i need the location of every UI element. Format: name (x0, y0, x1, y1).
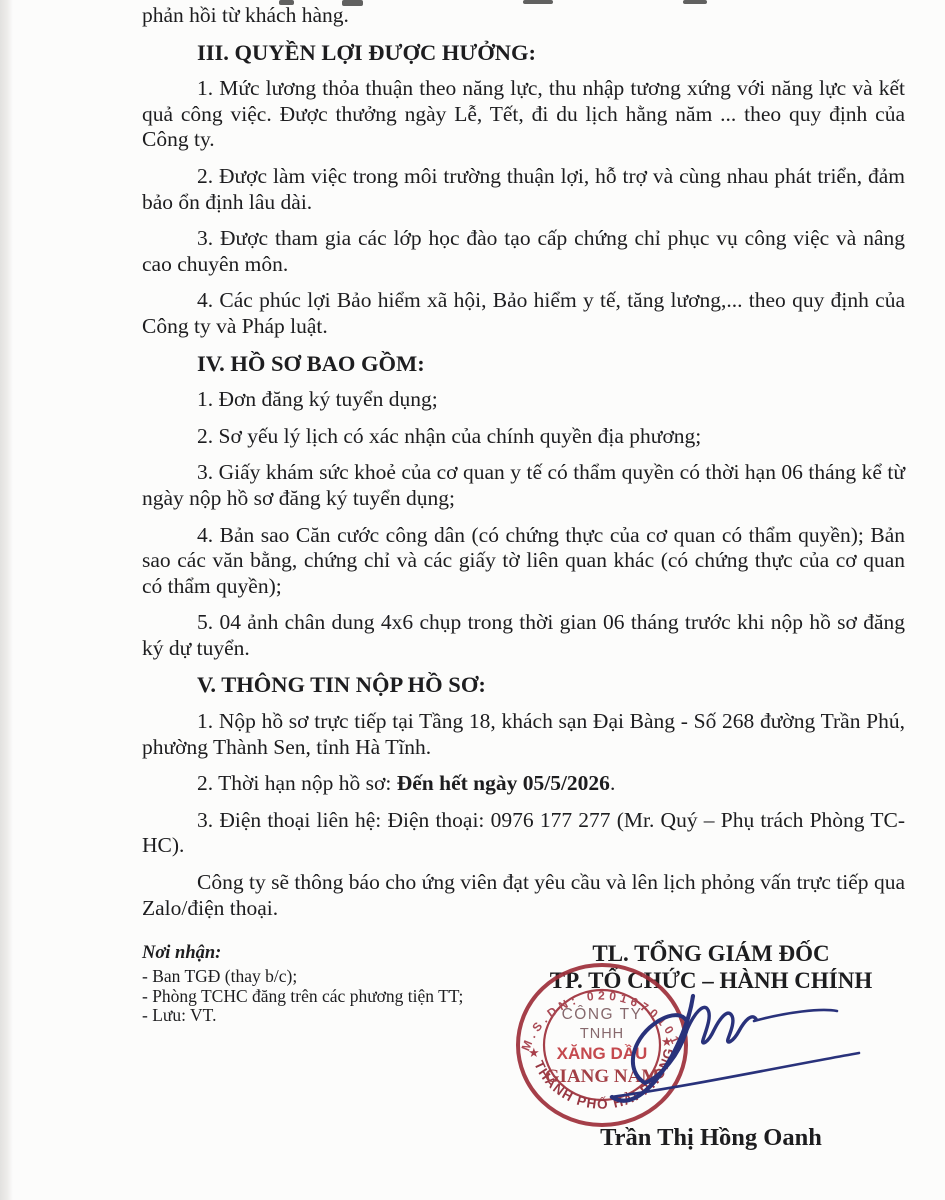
dossier-item-3: 3. Giấy khám sức khoẻ của cơ quan y tế c… (142, 460, 905, 511)
deadline-suffix: . (610, 771, 615, 795)
dossier-item-1: 1. Đơn đăng ký tuyển dụng; (142, 387, 905, 413)
signature-stroke (633, 1015, 687, 1083)
benefits-item-1: 1. Mức lương thỏa thuận theo năng lực, t… (142, 76, 905, 153)
section-heading-submission: V. THÔNG TIN NỘP HỒ SƠ: (142, 672, 905, 698)
recipient-item: - Ban TGĐ (thay b/c); (142, 967, 463, 987)
signature-stroke (611, 1053, 859, 1097)
signature-stroke (686, 1007, 756, 1043)
benefits-item-3: 3. Được tham gia các lớp học đào tạo cấp… (142, 226, 905, 277)
closing-paragraph: Công ty sẽ thông báo cho ứng viên đạt yê… (142, 870, 905, 921)
page-scan-edge (0, 0, 13, 1200)
submission-item-1: 1. Nộp hồ sơ trực tiếp tại Tầng 18, khác… (142, 709, 905, 760)
section-heading-benefits: III. QUYỀN LỢI ĐƯỢC HƯỞNG: (142, 40, 905, 66)
recipient-item: - Phòng TCHC đăng trên các phương tiện T… (142, 987, 463, 1007)
benefits-item-4: 4. Các phúc lợi Bảo hiểm xã hội, Bảo hiể… (142, 288, 905, 339)
benefits-item-2: 2. Được làm việc trong môi trường thuận … (142, 164, 905, 215)
signer-name: Trần Thị Hồng Oanh (515, 1124, 907, 1152)
signature-stroke (754, 1010, 837, 1021)
dossier-item-4: 4. Bản sao Căn cước công dân (có chứng t… (142, 523, 905, 600)
handwritten-signature (555, 975, 945, 1130)
scanned-document-page: phản hồi từ khách hàng. III. QUYỀN LỢI Đ… (0, 0, 945, 1200)
dossier-item-5: 5. 04 ảnh chân dung 4x6 chụp trong thời … (142, 610, 905, 661)
submission-item-contact: 3. Điện thoại liên hệ: Điện thoại: 0976 … (142, 808, 905, 859)
section-heading-dossier: IV. HỒ SƠ BAO GỒM: (142, 351, 905, 377)
recipients-block: Nơi nhận: - Ban TGĐ (thay b/c); - Phòng … (142, 944, 463, 1026)
recipient-item: - Lưu: VT. (142, 1006, 463, 1026)
star-icon: ★ (528, 1045, 540, 1060)
dossier-item-2: 2. Sơ yếu lý lịch có xác nhận của chính … (142, 424, 905, 450)
deadline-prefix: 2. Thời hạn nộp hồ sơ: (197, 771, 397, 795)
submission-item-deadline: 2. Thời hạn nộp hồ sơ: Đến hết ngày 05/5… (142, 771, 905, 797)
document-body: phản hồi từ khách hàng. III. QUYỀN LỢI Đ… (142, 0, 905, 921)
paragraph-continuation: phản hồi từ khách hàng. (142, 3, 905, 29)
recipients-title: Nơi nhận: (142, 944, 463, 964)
deadline-date: Đến hết ngày 05/5/2026 (397, 771, 610, 795)
